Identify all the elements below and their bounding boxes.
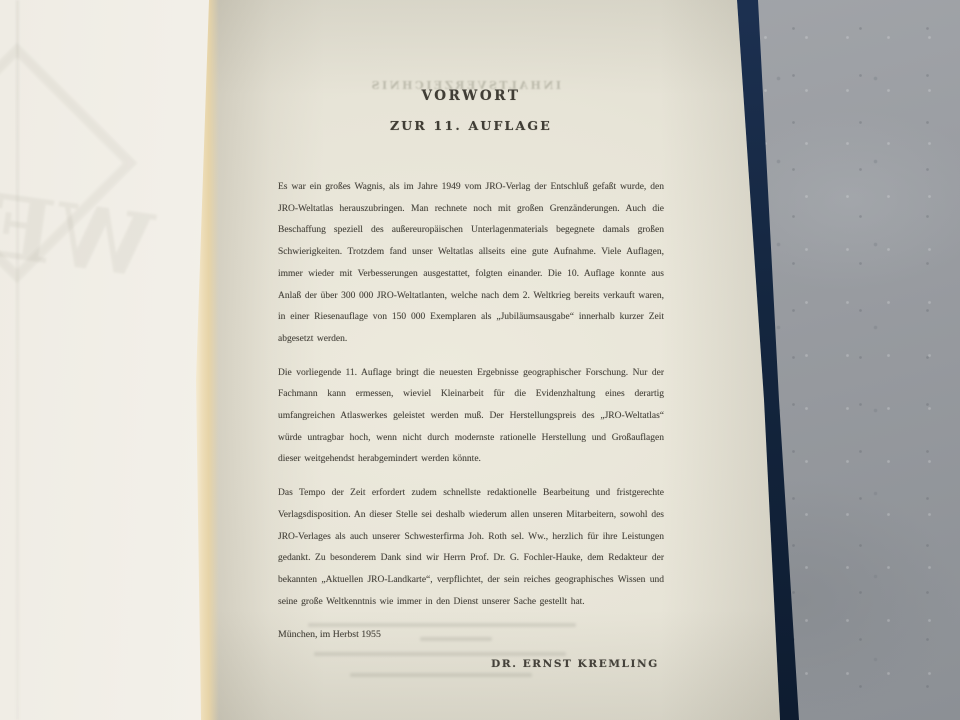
paragraph-2: Die vorliegende 11. Auflage bringt die n… xyxy=(278,363,664,472)
dateline: München, im Herbst 1955 xyxy=(278,629,664,640)
foreword-paragraphs: Es war ein großes Wagnis, als im Jahre 1… xyxy=(278,177,664,613)
showthrough-cover-letters-bottom: WE xyxy=(0,175,158,298)
foreword-text-block: VORWORT ZUR 11. AUFLAGE Es war ein große… xyxy=(278,88,664,670)
showthrough-text-line xyxy=(350,673,532,677)
paragraph-3: Das Tempo der Zeit erfordert zudem schne… xyxy=(278,483,664,613)
author-signature: DR. ERNST KREMLING xyxy=(278,658,664,670)
book-photo-scene: INHALTSVERZEICHNIS GR WE VORWORT ZUR 11.… xyxy=(0,0,960,720)
page-title: VORWORT xyxy=(278,88,664,104)
paragraph-1: Es war ein großes Wagnis, als im Jahre 1… xyxy=(278,177,664,351)
page-subtitle: ZUR 11. AUFLAGE xyxy=(278,118,664,133)
